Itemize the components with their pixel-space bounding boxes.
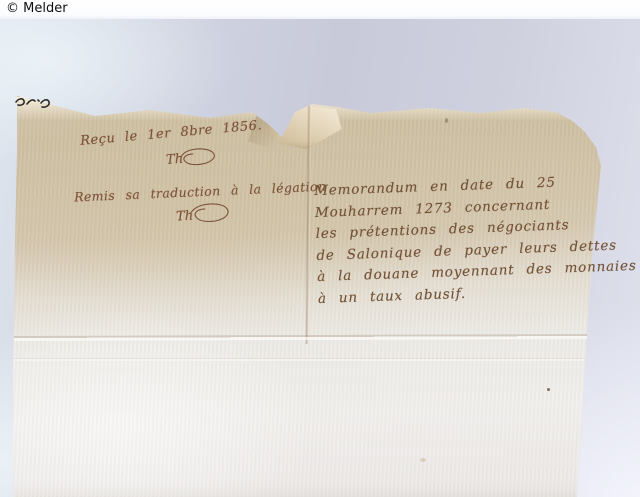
- memorandum-text-block: Memorandum en date du 25 Mouharrem 1273 …: [314, 171, 604, 310]
- translation-signature: Th: [175, 200, 233, 227]
- ottoman-script-mark-icon: [13, 95, 51, 115]
- paper-torn-flap: [266, 103, 344, 151]
- paper-speck: [547, 388, 550, 391]
- horizontal-fold-crease-faint: [14, 358, 584, 361]
- copyright-watermark: © Melder: [6, 1, 68, 16]
- photo-scene: Reçu le 1er 8bre 1856. Th Remis sa tradu…: [0, 0, 640, 497]
- signature-flourish-icon: [188, 200, 233, 226]
- signature-flourish-icon: [178, 144, 219, 169]
- paper-stain: [420, 458, 426, 462]
- edge-nick: [445, 118, 448, 123]
- watermark-band: © Melder: [0, 0, 640, 19]
- received-signature: Th: [165, 144, 219, 170]
- horizontal-fold-crease: [14, 334, 590, 341]
